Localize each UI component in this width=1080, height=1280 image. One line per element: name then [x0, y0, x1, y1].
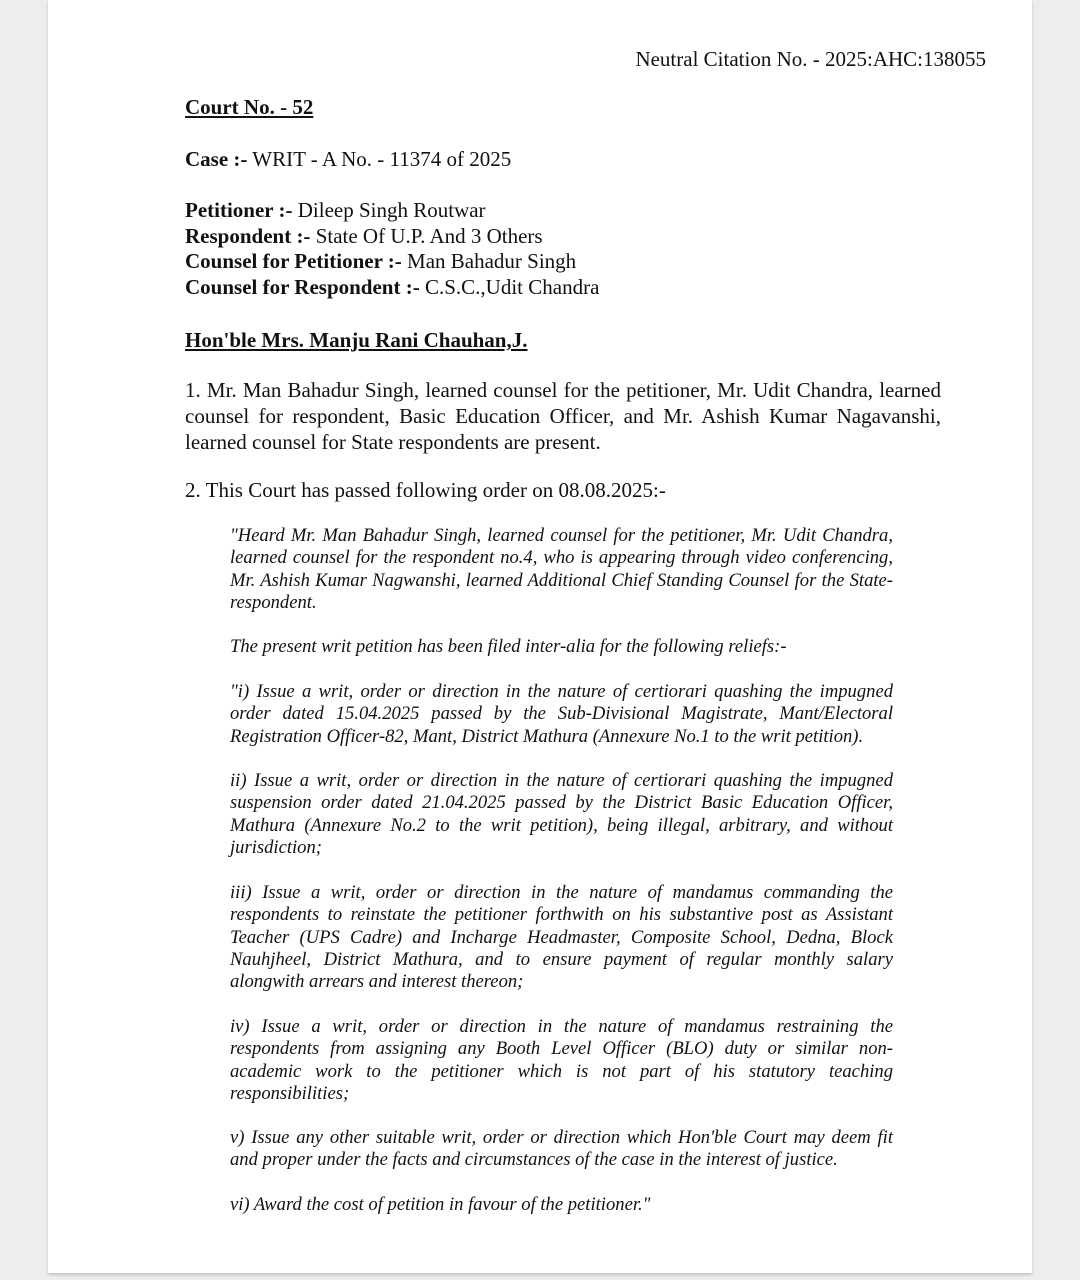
- case-label: Case :-: [185, 147, 247, 171]
- court-number: Court No. - 52: [185, 94, 941, 120]
- quoted-order-reliefs-heading: The present writ petition has been filed…: [230, 636, 893, 658]
- parties-block: Petitioner :- Dileep Singh Routwar Respo…: [185, 198, 941, 300]
- relief-item-iv: iv) Issue a writ, order or direction in …: [230, 1016, 893, 1105]
- relief-item-ii: ii) Issue a writ, order or direction in …: [230, 770, 893, 859]
- neutral-citation: Neutral Citation No. - 2025:AHC:138055: [635, 46, 986, 72]
- counsel-petitioner-line: Counsel for Petitioner :- Man Bahadur Si…: [185, 249, 941, 275]
- judge-name: Hon'ble Mrs. Manju Rani Chauhan,J.: [185, 327, 941, 353]
- counsel-respondent-value: C.S.C.,Udit Chandra: [420, 275, 600, 299]
- respondent-line: Respondent :- State Of U.P. And 3 Others: [185, 224, 941, 250]
- case-value: WRIT - A No. - 11374 of 2025: [247, 147, 511, 171]
- paragraph-2: 2. This Court has passed following order…: [185, 477, 941, 503]
- relief-item-iii: iii) Issue a writ, order or direction in…: [230, 882, 893, 993]
- paragraph-1: 1. Mr. Man Bahadur Singh, learned counse…: [185, 377, 941, 455]
- counsel-petitioner-label: Counsel for Petitioner :-: [185, 249, 402, 273]
- case-line: Case :- WRIT - A No. - 11374 of 2025: [185, 146, 941, 172]
- respondent-value: State Of U.P. And 3 Others: [310, 224, 542, 248]
- counsel-petitioner-value: Man Bahadur Singh: [402, 249, 576, 273]
- relief-item-v: v) Issue any other suitable writ, order …: [230, 1127, 893, 1172]
- document-page: Neutral Citation No. - 2025:AHC:138055 C…: [48, 0, 1032, 1273]
- relief-item-vi: vi) Award the cost of petition in favour…: [230, 1194, 893, 1216]
- respondent-label: Respondent :-: [185, 224, 310, 248]
- counsel-respondent-label: Counsel for Respondent :-: [185, 275, 420, 299]
- petitioner-value: Dileep Singh Routwar: [292, 198, 485, 222]
- quoted-order-intro: "Heard Mr. Man Bahadur Singh, learned co…: [230, 525, 893, 614]
- relief-item-i: "i) Issue a writ, order or direction in …: [230, 681, 893, 748]
- petitioner-line: Petitioner :- Dileep Singh Routwar: [185, 198, 941, 224]
- petitioner-label: Petitioner :-: [185, 198, 292, 222]
- counsel-respondent-line: Counsel for Respondent :- C.S.C.,Udit Ch…: [185, 275, 941, 301]
